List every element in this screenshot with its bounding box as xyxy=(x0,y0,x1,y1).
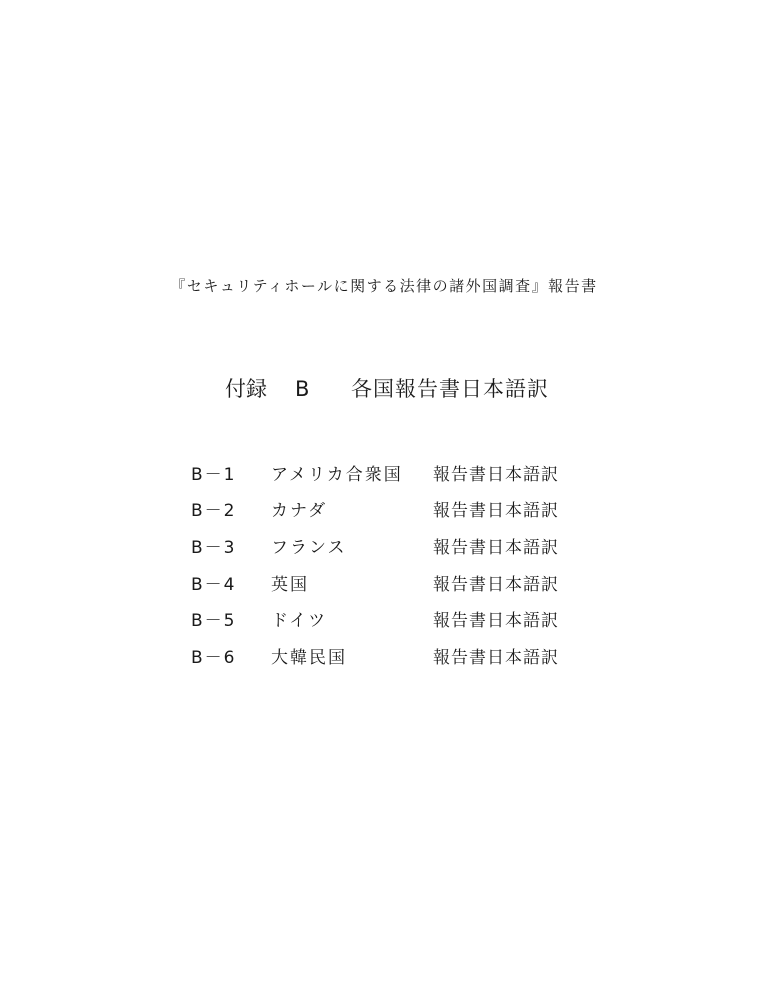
toc-entry-b3: B－3 フランス 報告書日本語訳 xyxy=(191,527,559,564)
entry-country: ドイツ xyxy=(271,606,433,631)
appendix-label: 付録 xyxy=(225,374,295,404)
entry-document: 報告書日本語訳 xyxy=(433,570,559,595)
toc-entry-b6: B－6 大韓民国 報告書日本語訳 xyxy=(191,637,559,674)
entry-document: 報告書日本語訳 xyxy=(433,643,559,668)
report-title: 『セキュリティホールに関する法律の諸外国調査』報告書 xyxy=(0,276,768,296)
entry-country: カナダ xyxy=(271,496,433,521)
entry-country: 英国 xyxy=(271,570,433,595)
appendix-heading: 付録 B 各国報告書日本語訳 xyxy=(225,374,549,404)
entry-code: B－5 xyxy=(191,606,271,631)
entry-document: 報告書日本語訳 xyxy=(433,533,559,558)
entry-document: 報告書日本語訳 xyxy=(433,496,559,521)
entry-code: B－2 xyxy=(191,496,271,521)
entry-country: アメリカ合衆国 xyxy=(271,460,433,485)
entry-code: B－1 xyxy=(191,460,271,485)
appendix-contents-list: B－1 アメリカ合衆国 報告書日本語訳 B－2 カナダ 報告書日本語訳 B－3 … xyxy=(191,454,559,674)
entry-code: B－4 xyxy=(191,570,271,595)
entry-document: 報告書日本語訳 xyxy=(433,460,559,485)
appendix-description: 各国報告書日本語訳 xyxy=(351,374,549,404)
toc-entry-b1: B－1 アメリカ合衆国 報告書日本語訳 xyxy=(191,454,559,491)
toc-entry-b5: B－5 ドイツ 報告書日本語訳 xyxy=(191,600,559,637)
entry-country: フランス xyxy=(271,533,433,558)
entry-country: 大韓民国 xyxy=(271,643,433,668)
entry-document: 報告書日本語訳 xyxy=(433,606,559,631)
toc-entry-b4: B－4 英国 報告書日本語訳 xyxy=(191,564,559,601)
toc-entry-b2: B－2 カナダ 報告書日本語訳 xyxy=(191,491,559,528)
appendix-letter: B xyxy=(295,374,351,404)
entry-code: B－6 xyxy=(191,643,271,668)
entry-code: B－3 xyxy=(191,533,271,558)
